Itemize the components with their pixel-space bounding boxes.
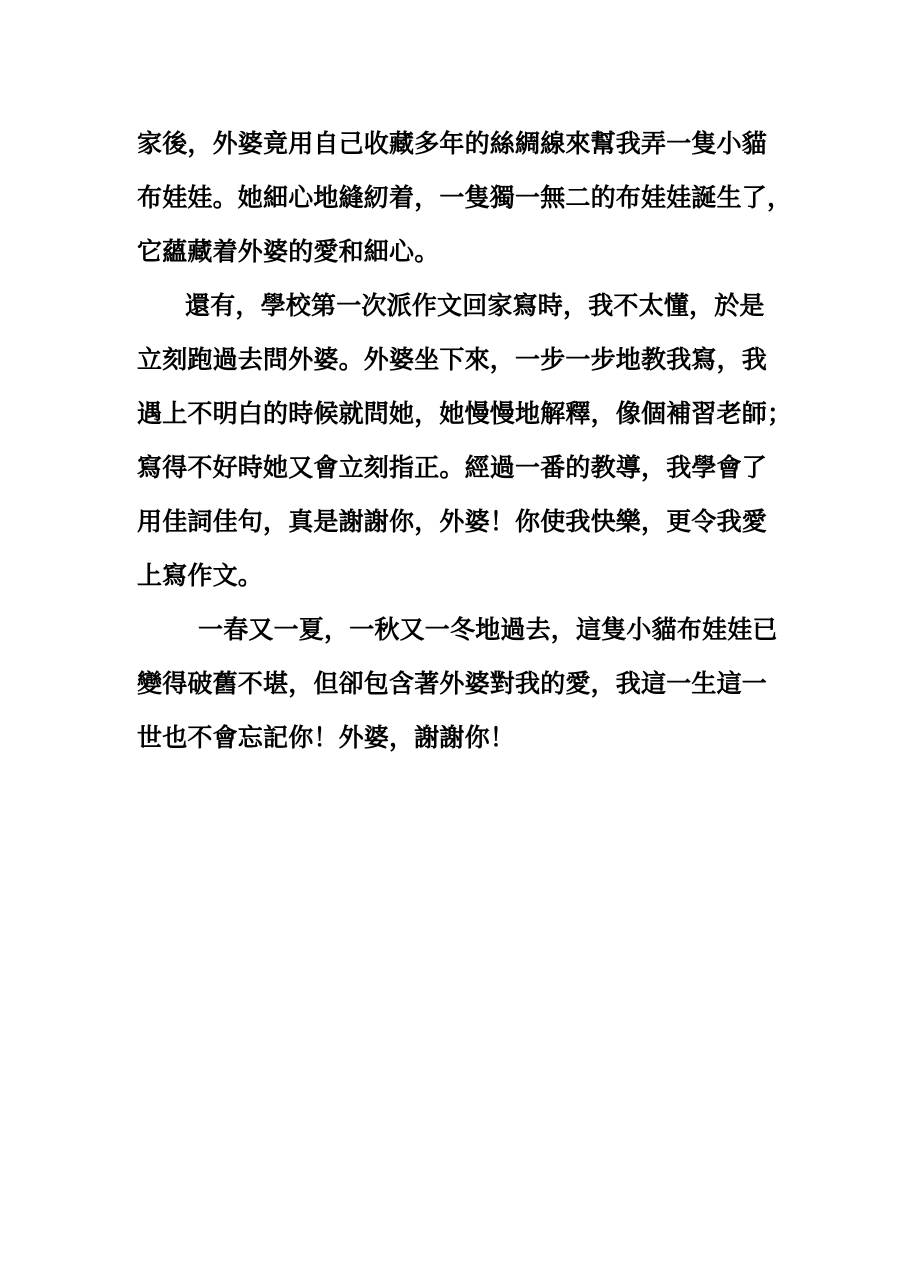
text-line: 立刻跑過去問外婆。外婆坐下來，一步一步地教我寫，我 <box>137 333 797 387</box>
text-line: 寫得不好時她又會立刻指正。經過一番的教導，我學會了 <box>137 441 797 495</box>
text-line: 世也不會忘記你！外婆，謝謝你！ <box>137 711 797 765</box>
text-line: 變得破舊不堪，但卻包含著外婆對我的愛，我這一生這一 <box>137 657 797 711</box>
text-line: 它蘊藏着外婆的愛和細心。 <box>137 225 797 279</box>
text-line: 用佳詞佳句，真是謝謝你，外婆！你使我快樂，更令我愛 <box>137 495 797 549</box>
text-line: 布娃娃。她細心地縫紉着，一隻獨一無二的布娃娃誕生了， <box>137 171 797 225</box>
paragraph-1: 家後，外婆竟用自己收藏多年的絲綢線來幫我弄一隻小貓 布娃娃。她細心地縫紉着，一隻… <box>137 117 797 279</box>
text-line: 一春又一夏，一秋又一冬地過去，這隻小貓布娃娃已 <box>137 603 797 657</box>
text-line: 家後，外婆竟用自己收藏多年的絲綢線來幫我弄一隻小貓 <box>137 117 797 171</box>
paragraph-2: 還有，學校第一次派作文回家寫時，我不太懂，於是 立刻跑過去問外婆。外婆坐下來，一… <box>137 279 797 603</box>
paragraph-3: 一春又一夏，一秋又一冬地過去，這隻小貓布娃娃已 變得破舊不堪，但卻包含著外婆對我… <box>137 603 797 765</box>
text-line: 上寫作文。 <box>137 549 797 603</box>
document-body-text: 家後，外婆竟用自己收藏多年的絲綢線來幫我弄一隻小貓 布娃娃。她細心地縫紉着，一隻… <box>137 117 797 765</box>
text-line: 還有，學校第一次派作文回家寫時，我不太懂，於是 <box>137 279 797 333</box>
text-line: 遇上不明白的時候就問她，她慢慢地解釋，像個補習老師； <box>137 387 797 441</box>
document-page: 家後，外婆竟用自己收藏多年的絲綢線來幫我弄一隻小貓 布娃娃。她細心地縫紉着，一隻… <box>0 0 905 1280</box>
